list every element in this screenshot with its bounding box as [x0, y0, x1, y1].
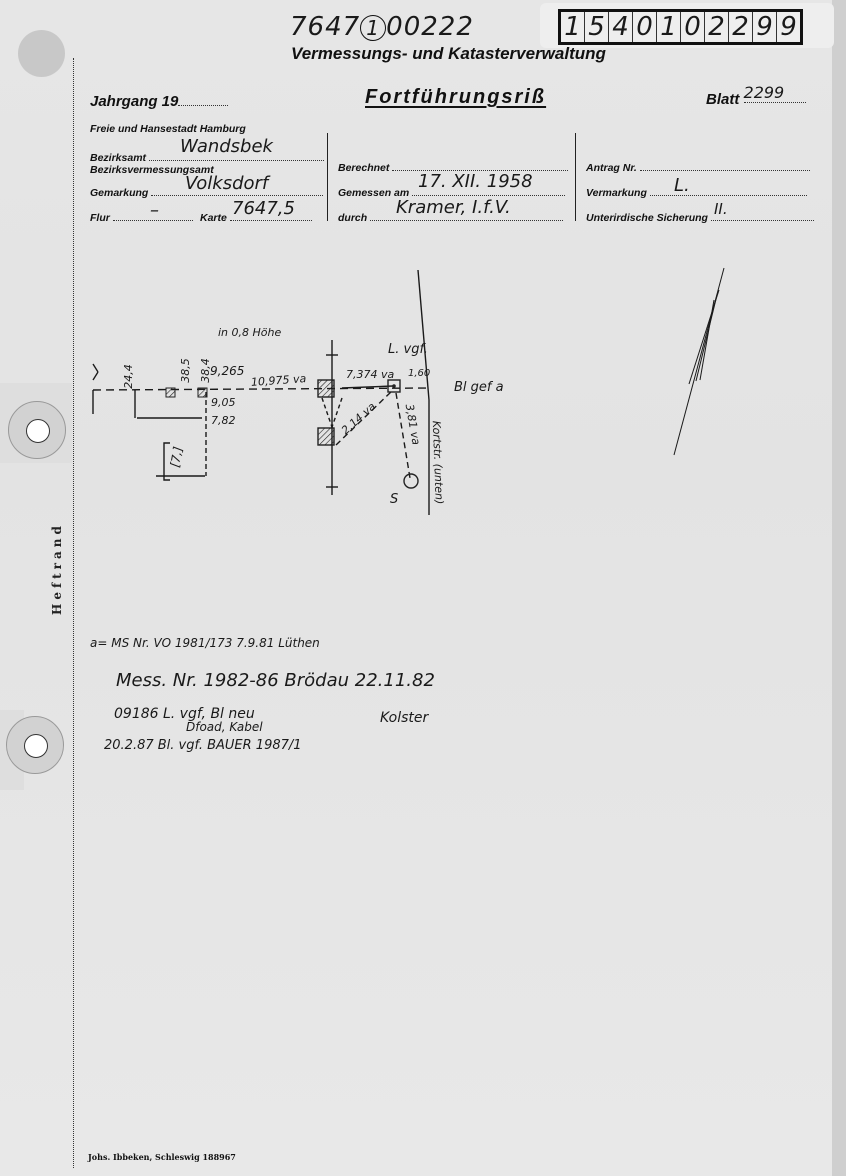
measurement-label: 24,4 [122, 364, 135, 389]
measurement-label: 7,82 [211, 414, 236, 427]
measurement-label: 7,374 va [346, 368, 394, 381]
measurement-label: 9,05 [211, 396, 236, 409]
note-line: a= MS Nr. VO 1981/173 7.9.81 Lüthen [90, 636, 320, 650]
note-line: Kolster [380, 710, 428, 726]
height-annotation: in 0,8 Höhe [218, 326, 281, 339]
marker-label: Bl gef a [454, 380, 504, 395]
marker-label: L. vgf. [388, 342, 428, 357]
point-label: S [390, 492, 398, 507]
note-line: 20.2.87 Bl. vgf. BAUER 1987/1 [104, 738, 302, 753]
measurement-label: 38,5 [179, 358, 192, 383]
note-line: Dfoad, Kabel [186, 720, 263, 734]
measurement-label: 9,265 [210, 364, 244, 378]
printer-imprint: Johs. Ibbeken, Schleswig 188967 [88, 1152, 236, 1162]
note-line: Mess. Nr. 1982-86 Brödau 22.11.82 [116, 670, 435, 691]
measurement-label: 1,60 [408, 368, 430, 379]
survey-sketch [0, 0, 846, 1176]
